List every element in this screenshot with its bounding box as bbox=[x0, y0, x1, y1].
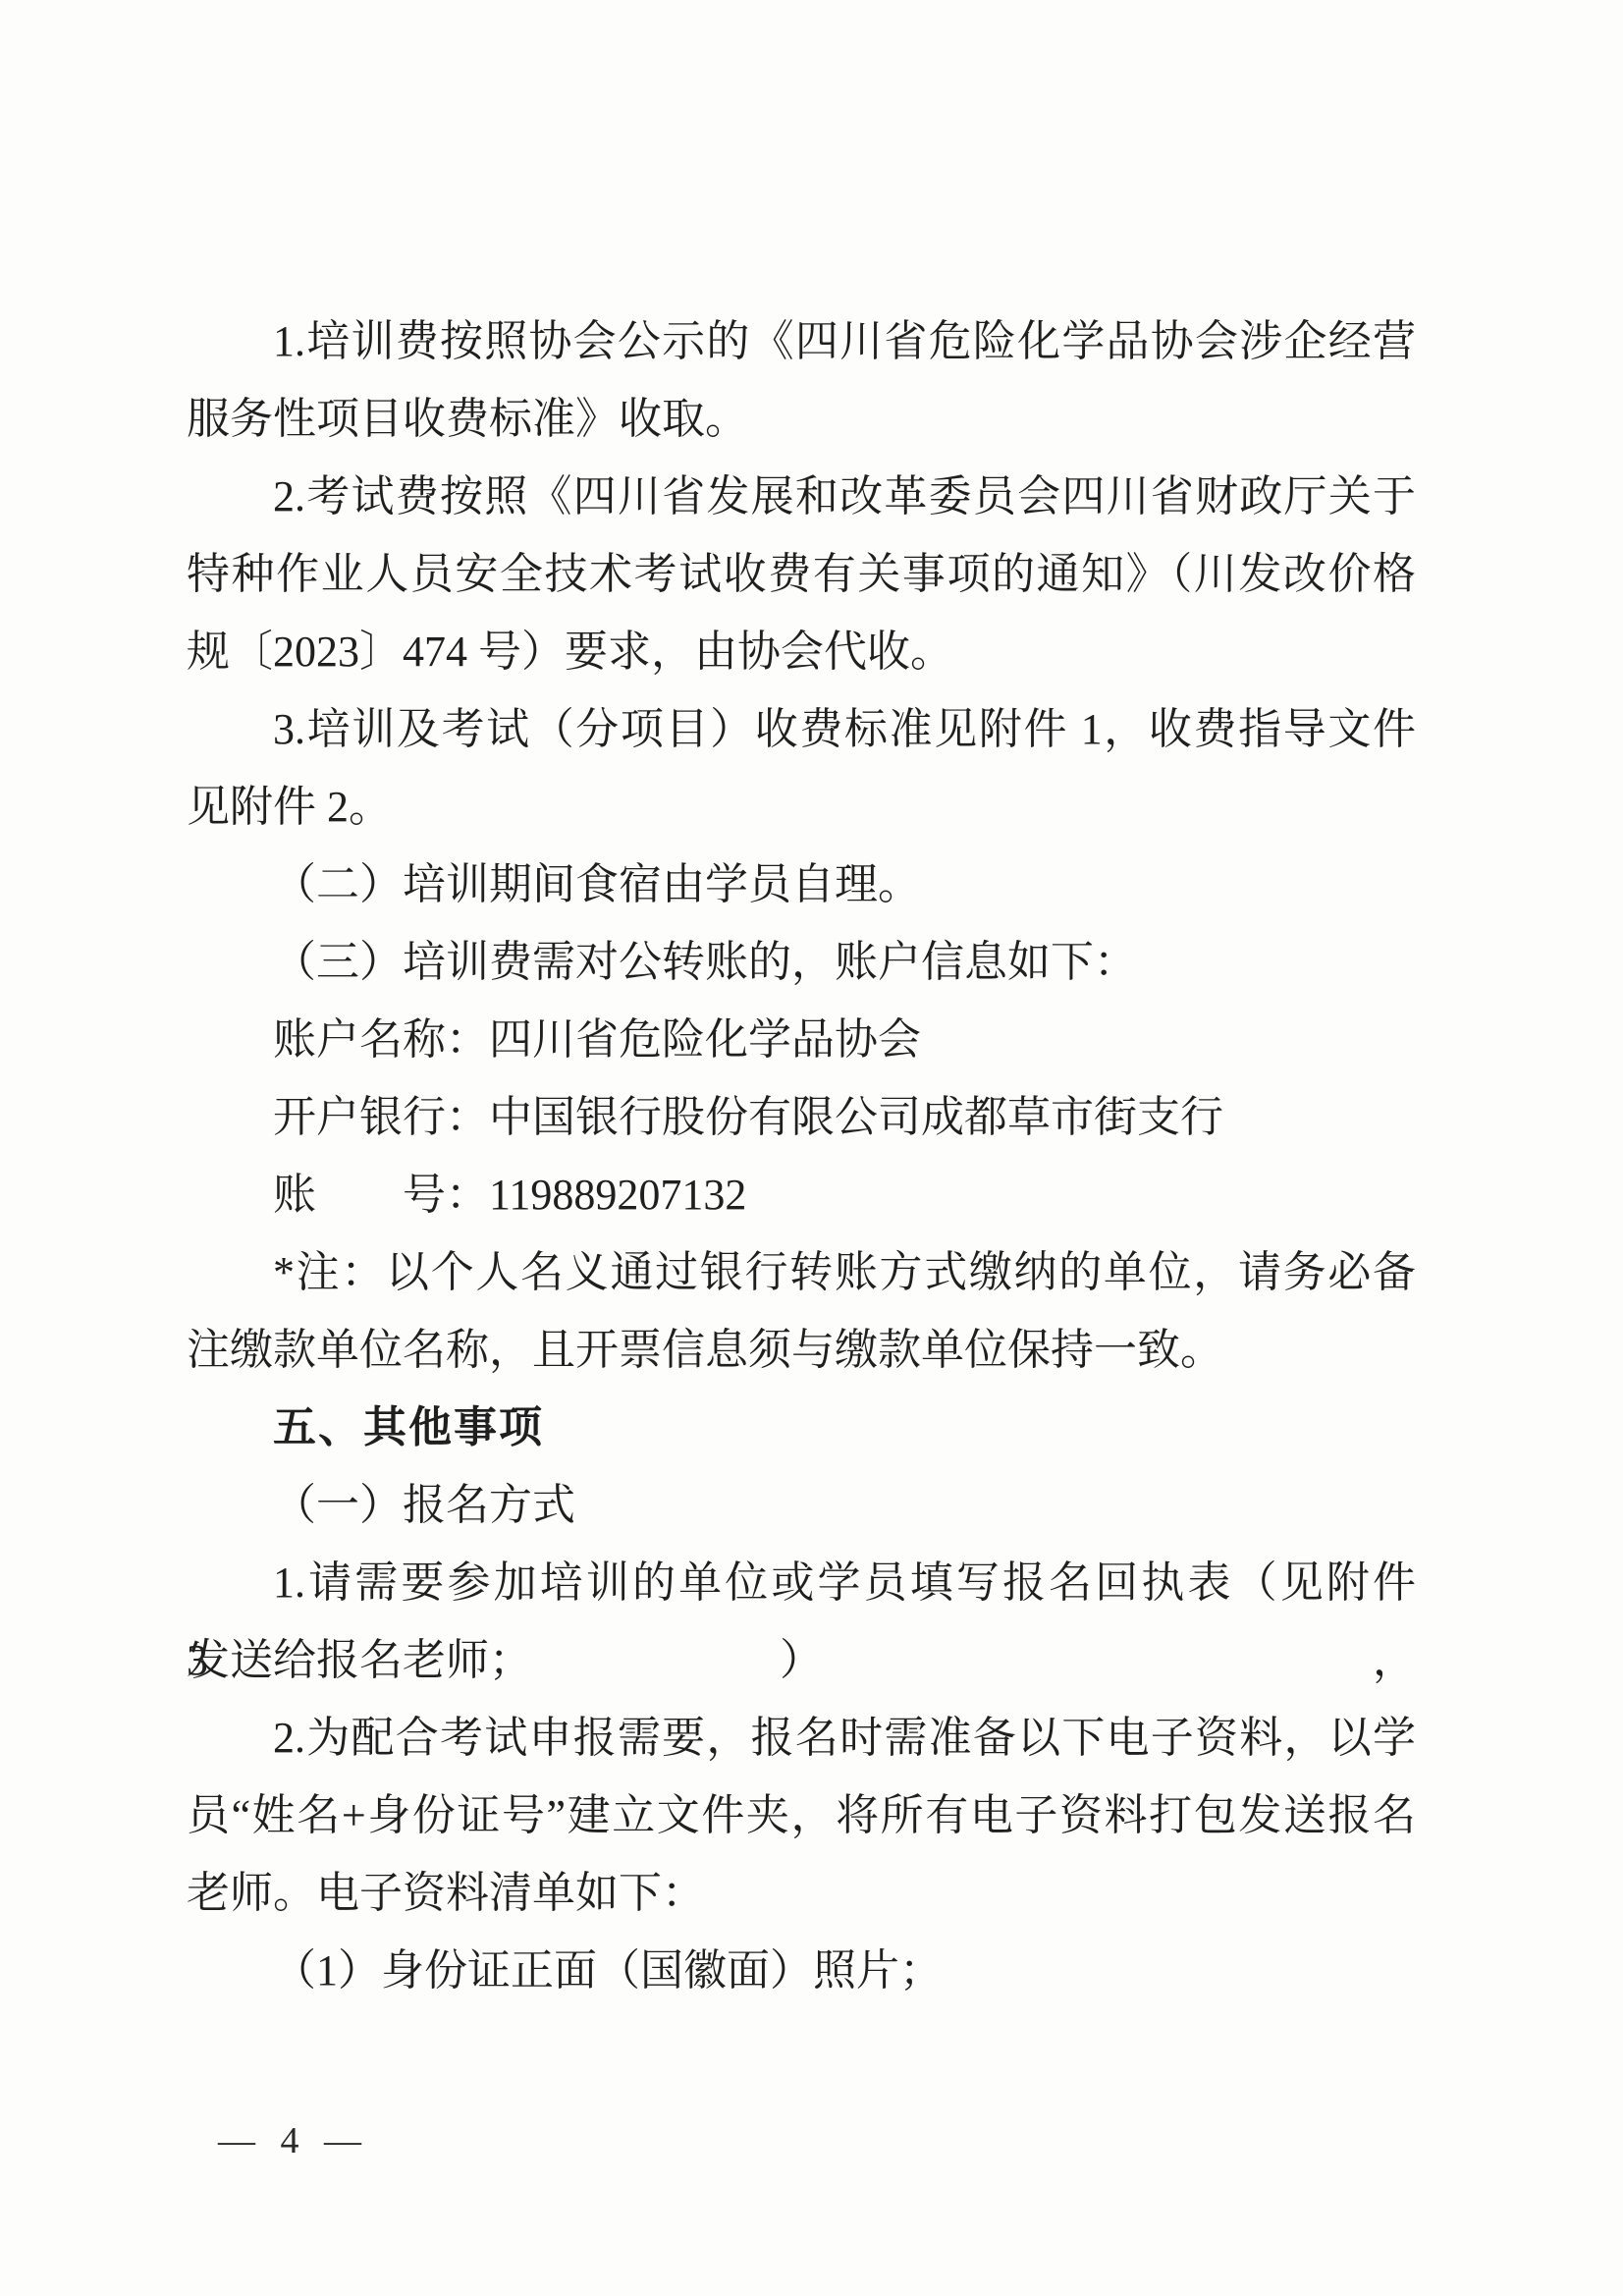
text-line: 服务性项目收费标准》收取。 bbox=[187, 380, 1416, 458]
text-line: 开户银行：中国银行股份有限公司成都草市街支行 bbox=[187, 1078, 1416, 1156]
text-line: （一）报名方式 bbox=[187, 1466, 1416, 1544]
text-line: 老师。电子资料清单如下： bbox=[187, 1854, 1416, 1932]
text-line: （1）身份证正面（国徽面）照片； bbox=[187, 1932, 1416, 2009]
text-line: 见附件 2。 bbox=[187, 768, 1416, 846]
text-line: 3.培训及考试（分项目）收费标准见附件 1，收费指导文件 bbox=[187, 690, 1416, 768]
section-heading: 五、其他事项 bbox=[187, 1389, 1416, 1466]
text-line: 2.为配合考试申报需要，报名时需准备以下电子资料，以学 bbox=[187, 1699, 1416, 1777]
text-line: 2.考试费按照《四川省发展和改革委员会四川省财政厅关于 bbox=[187, 458, 1416, 535]
page-number: — 4 — bbox=[218, 2119, 369, 2162]
text-line: 账 号：119889207132 bbox=[187, 1156, 1416, 1233]
text-line: 特种作业人员安全技术考试收费有关事项的通知》（川发改价格 bbox=[187, 535, 1416, 613]
text-line: *注：以个人名义通过银行转账方式缴纳的单位，请务必备 bbox=[187, 1233, 1416, 1311]
text-line: （二）培训期间食宿由学员自理。 bbox=[187, 846, 1416, 923]
text-line: 1.请需要参加培训的单位或学员填写报名回执表（见附件 3）， bbox=[187, 1544, 1416, 1621]
document-body: 1.培训费按照协会公示的《四川省危险化学品协会涉企经营服务性项目收费标准》收取。… bbox=[187, 302, 1416, 2009]
text-line: 员“姓名+身份证号”建立文件夹，将所有电子资料打包发送报名 bbox=[187, 1777, 1416, 1854]
text-line: 1.培训费按照协会公示的《四川省危险化学品协会涉企经营 bbox=[187, 302, 1416, 380]
document-page: 1.培训费按照协会公示的《四川省危险化学品协会涉企经营服务性项目收费标准》收取。… bbox=[0, 0, 1623, 2296]
text-line: （三）培训费需对公转账的，账户信息如下： bbox=[187, 923, 1416, 1001]
text-line: 注缴款单位名称，且开票信息须与缴款单位保持一致。 bbox=[187, 1311, 1416, 1389]
text-line: 账户名称：四川省危险化学品协会 bbox=[187, 1001, 1416, 1078]
text-line: 规〔2023〕474 号）要求，由协会代收。 bbox=[187, 613, 1416, 690]
